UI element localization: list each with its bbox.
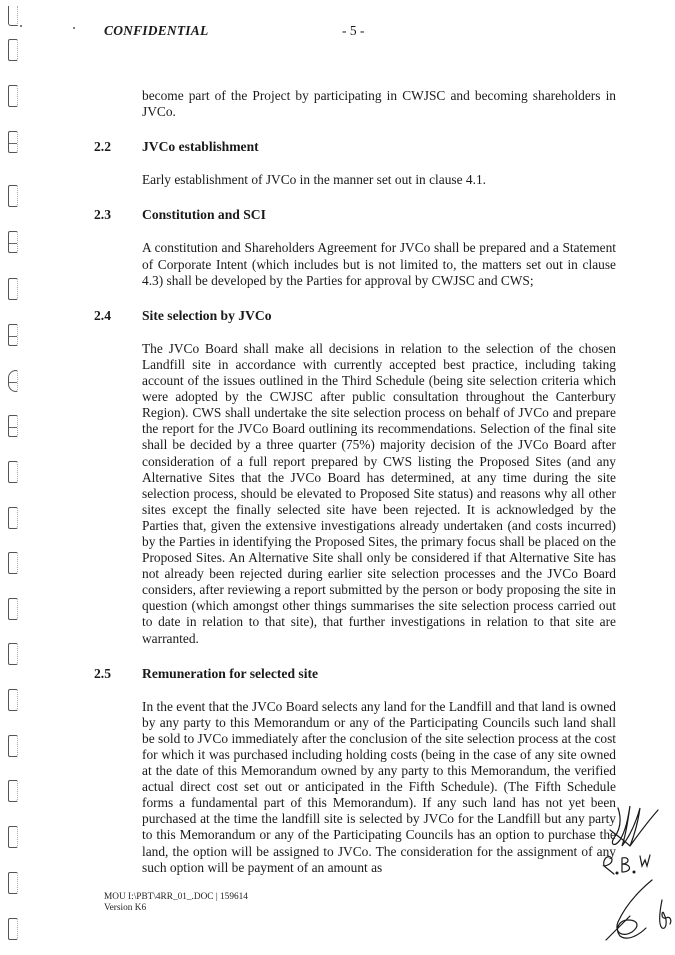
binder-mark-icon (8, 826, 18, 848)
binder-mark-icon (8, 415, 18, 437)
section-title: JVCo establishment (142, 139, 259, 155)
binder-mark-icon (8, 461, 18, 483)
binder-mark-icon (8, 689, 18, 711)
section-title: Site selection by JVCo (142, 308, 272, 324)
document-page: CONFIDENTIAL - 5 - become part of the Pr… (0, 0, 675, 955)
section-heading-2-4: 2.4 Site selection by JVCo (94, 308, 618, 324)
binder-mark-icon (8, 598, 18, 620)
binder-mark-icon (8, 324, 18, 346)
handwritten-signatures-icon (600, 800, 675, 950)
section-title: Remuneration for selected site (142, 666, 318, 682)
binder-mark-icon (8, 278, 18, 300)
intro-paragraph: become part of the Project by participat… (142, 88, 616, 120)
document-body: become part of the Project by participat… (94, 88, 618, 876)
binder-mark-icon (8, 552, 18, 574)
section-heading-2-5: 2.5 Remuneration for selected site (94, 666, 618, 682)
section-number: 2.3 (94, 207, 142, 223)
binder-mark-icon (8, 185, 18, 207)
page-header: CONFIDENTIAL - 5 - (104, 23, 624, 41)
page-footer: MOU I:\PBT\4RR_01_.DOC | 159614 Version … (104, 892, 248, 914)
binder-mark-icon (8, 780, 18, 802)
section-body-2-2: Early establishment of JVCo in the manne… (142, 172, 616, 188)
scan-speck (20, 25, 22, 27)
section-number: 2.5 (94, 666, 142, 682)
section-body-2-5: In the event that the JVCo Board selects… (142, 699, 616, 876)
binder-mark-icon (8, 39, 18, 61)
document-reference: MOU I:\PBT\4RR_01_.DOC | 159614 (104, 892, 248, 903)
binder-mark-icon (8, 131, 18, 153)
document-version: Version K6 (104, 903, 248, 914)
binder-mark-icon (8, 643, 18, 665)
binder-mark-icon (8, 6, 18, 26)
binder-mark-icon (8, 872, 18, 894)
binder-mark-icon (8, 370, 18, 392)
page-number: - 5 - (342, 23, 365, 39)
binder-mark-icon (8, 85, 18, 107)
section-title: Constitution and SCI (142, 207, 266, 223)
binder-mark-icon (8, 918, 18, 940)
binder-mark-icon (8, 507, 18, 529)
section-number: 2.2 (94, 139, 142, 155)
section-body-2-4: The JVCo Board shall make all decisions … (142, 341, 616, 647)
section-body-2-3: A constitution and Shareholders Agreemen… (142, 240, 616, 288)
section-number: 2.4 (94, 308, 142, 324)
section-heading-2-2: 2.2 JVCo establishment (94, 139, 618, 155)
scan-speck (73, 27, 75, 29)
confidential-label: CONFIDENTIAL (104, 23, 208, 39)
binder-mark-icon (8, 735, 18, 757)
section-heading-2-3: 2.3 Constitution and SCI (94, 207, 618, 223)
binder-mark-icon (8, 231, 18, 253)
